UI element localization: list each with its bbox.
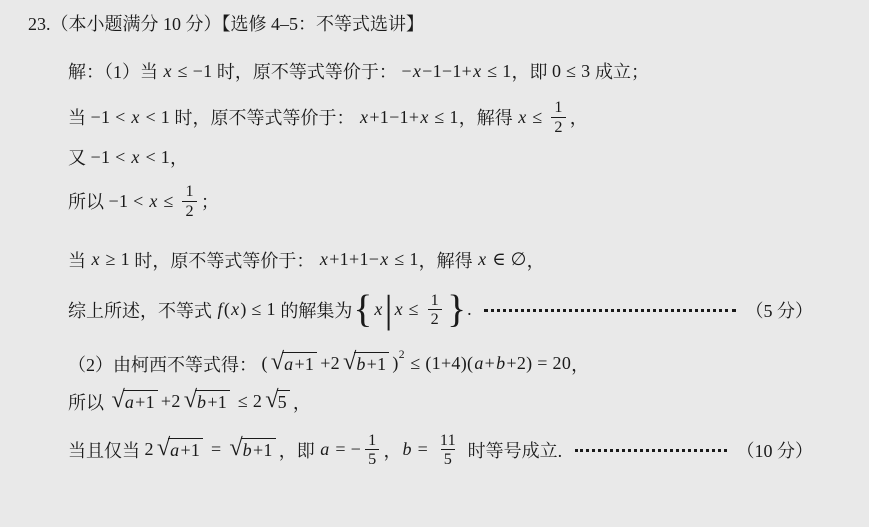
solution-lines: 23.（本小题满分 10 分）【选修 4–5：不等式选讲】解：（1）当 x ≤ … [28, 10, 813, 469]
math-run: ≤ (1+4)(a+b+2) = 20 [406, 353, 572, 374]
text-run: 23.（本小题满分 10 分）【选修 4–5：不等式选讲】 [28, 10, 424, 36]
text-run: ， [293, 389, 311, 415]
math-run: a+1 [124, 392, 155, 412]
math-run: x ≤ [517, 107, 547, 128]
math-run: f(x) ≤ 1 [217, 299, 276, 320]
text-run: 的解集为 [276, 297, 353, 323]
text-run: 时，原不等式等价于： [170, 104, 359, 130]
math-run: a = − [319, 439, 361, 460]
math-run: 0 ≤ 3 [552, 61, 590, 82]
math-run: ≤ 2 [233, 391, 262, 412]
superscript: 2 [399, 349, 405, 361]
radicand: a+1 [168, 438, 203, 461]
radicand: 5 [277, 390, 290, 413]
math-run: 5 [368, 450, 376, 468]
square-root: √a+1 [157, 438, 203, 461]
math-run: 5 [444, 450, 452, 468]
denominator: 2 [551, 117, 565, 137]
math-run: b+1 [196, 392, 227, 412]
dotted-leader [575, 449, 727, 452]
text-run: ，即 [279, 437, 320, 463]
numerator: 1 [428, 291, 442, 310]
text-run: 成立； [590, 58, 649, 84]
math-run: b+1 [242, 440, 273, 460]
square-root: √a+1 [112, 390, 158, 413]
math-run: −1 < x < 1 [91, 107, 171, 128]
math-run: x+1−1+x ≤ 1 [359, 107, 459, 128]
math-run: 2 [185, 202, 193, 220]
line-case1: 解：（1）当 x ≤ −1 时，原不等式等价于： −x−1−1+x ≤ 1，即 … [28, 58, 813, 84]
big-delimiter: } [446, 292, 467, 328]
numerator: 1 [551, 98, 565, 117]
text-run: （2）由柯西不等式得： [68, 351, 262, 377]
denominator: 5 [365, 449, 379, 469]
math-run: x ∈ ∅ [477, 249, 527, 270]
numerator: 1 [182, 182, 196, 201]
math-run: 11 [440, 431, 456, 449]
math-run: −1 < x ≤ [109, 191, 179, 212]
line-title: 23.（本小题满分 10 分）【选修 4–5：不等式选讲】 [28, 10, 813, 36]
math-run: b = [401, 439, 432, 460]
math-run: = [206, 439, 226, 460]
math-run: ( [262, 353, 268, 374]
text-run: ， [571, 351, 589, 377]
line-summary: 综上所述，不等式 f(x) ≤ 1 的解集为{x|x ≤ 12}. （5 分） [28, 291, 813, 329]
fraction: 115 [437, 431, 459, 469]
math-run: x ≤ [394, 299, 424, 320]
text-run: 所以 [68, 389, 109, 415]
math-run: 1 [431, 291, 439, 309]
dotted-leader [484, 309, 735, 312]
big-delimiter: | [384, 292, 394, 328]
math-run: 5 [278, 392, 287, 412]
text-run: ， [527, 247, 545, 273]
math-run: 2 [145, 439, 154, 460]
text-run: 所以 [68, 188, 109, 214]
text-run: 解：（1）当 [68, 58, 163, 84]
math-run: 1 [368, 431, 376, 449]
square-root: √a+1 [271, 352, 317, 375]
math-run: x ≥ 1 [91, 249, 130, 270]
fraction: 12 [551, 98, 565, 136]
radicand: b+1 [354, 352, 389, 375]
text-run: 当且仅当 [68, 437, 145, 463]
text-run: 当 [68, 247, 91, 273]
math-run: 1 [554, 98, 562, 116]
text-run: 时，原不等式等价于： [212, 58, 401, 84]
fraction: 15 [365, 431, 379, 469]
math-run: x+1+1−x ≤ 1 [319, 249, 419, 270]
line-part2-equality: 当且仅当 2√a+1 = √b+1，即 a = −15，b = 115 时等号成… [28, 431, 813, 469]
math-run: a+1 [169, 440, 200, 460]
line-case2-result: 所以 −1 < x ≤ 12； [28, 182, 813, 220]
text-run: ，即 [512, 58, 553, 84]
text-run: ， [570, 104, 588, 130]
text-run: ； [201, 188, 219, 214]
math-run: a+1 [283, 354, 314, 374]
text-run: 又 [68, 144, 91, 170]
text-run: ， [383, 437, 401, 463]
math-run: b+1 [355, 354, 386, 374]
fraction: 12 [182, 182, 196, 220]
text-run: ， [170, 144, 188, 170]
math-run: 2 [431, 310, 439, 328]
radicand: b+1 [195, 390, 230, 413]
numerator: 1 [365, 431, 379, 450]
math-run: x ≤ −1 [163, 61, 213, 82]
radicand: a+1 [123, 390, 158, 413]
fraction: 12 [428, 291, 442, 329]
math-run: +2 [161, 391, 181, 412]
line-part2-bound: 所以 √a+1+2√b+1 ≤ 2√5， [28, 389, 813, 415]
text-run: （10 分） [737, 437, 814, 463]
radicand: a+1 [282, 352, 317, 375]
denominator: 2 [182, 201, 196, 221]
square-root: √b+1 [229, 438, 275, 461]
math-run: −1 < x < 1 [91, 147, 171, 168]
big-delimiter: { [352, 292, 373, 328]
math-run: 2 [554, 118, 562, 136]
denominator: 5 [441, 449, 455, 469]
denominator: 2 [428, 309, 442, 329]
text-run: 时，原不等式等价于： [130, 247, 319, 273]
math-run: +2 [320, 353, 340, 374]
square-root: √b+1 [343, 352, 389, 375]
text-run: （5 分） [746, 297, 814, 323]
math-run: 1 [185, 182, 193, 200]
text-run: 综上所述，不等式 [68, 297, 217, 323]
document-page: 23.（本小题满分 10 分）【选修 4–5：不等式选讲】解：（1）当 x ≤ … [0, 0, 869, 527]
math-run: x [373, 299, 383, 320]
square-root: √5 [265, 390, 290, 413]
text-run: ，解得 [419, 247, 478, 273]
line-case2: 当 −1 < x < 1 时，原不等式等价于： x+1−1+x ≤ 1，解得 x… [28, 98, 813, 136]
text-run: . [467, 299, 476, 320]
line-part2-cauchy: （2）由柯西不等式得： (√a+1+2√b+1)2 ≤ (1+4)(a+b+2)… [28, 351, 813, 377]
text-run: 当 [68, 104, 91, 130]
math-run: −x−1−1+x ≤ 1 [401, 61, 511, 82]
text-run: ，解得 [459, 104, 518, 130]
text-run: 时等号成立. [463, 437, 567, 463]
numerator: 11 [437, 431, 459, 450]
line-case3: 当 x ≥ 1 时，原不等式等价于： x+1+1−x ≤ 1，解得 x ∈ ∅， [28, 247, 813, 273]
radicand: b+1 [241, 438, 276, 461]
square-root: √b+1 [184, 390, 230, 413]
line-case2-note: 又 −1 < x < 1， [28, 144, 813, 170]
